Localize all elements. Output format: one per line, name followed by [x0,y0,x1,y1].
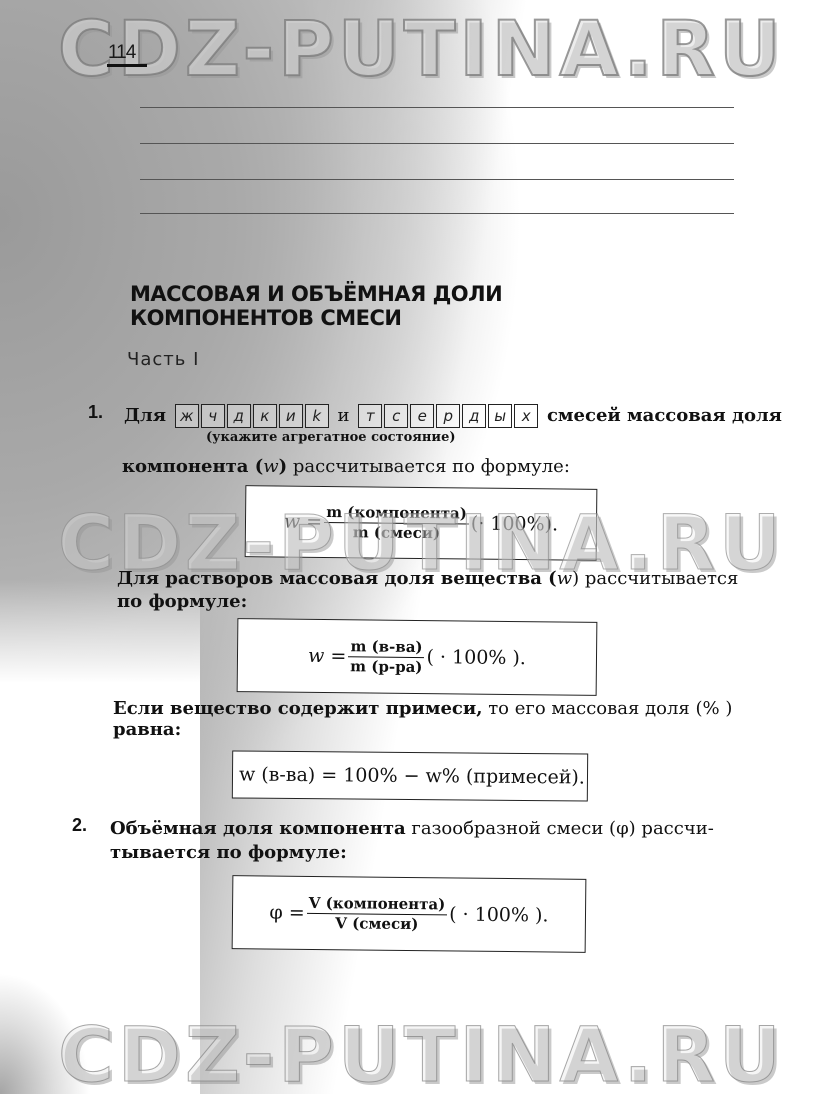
impurity-text-line1: Если вещество содержит примеси, то его м… [113,698,732,719]
formula-box-impurity: w (в-ва) = 100% − w% (примесей). [232,750,588,801]
scan-shading-corner [0,960,120,1094]
question-1-number: 1. [88,402,103,423]
answer-letter-cell[interactable]: д [227,404,251,428]
solutions-text-line1: Для растворов массовая доля вещества (w)… [117,568,738,589]
section-title-line1: МАССОВАЯ И ОБЪЁМНАЯ ДОЛИ [130,282,502,306]
question-2-line2: тывается по формуле: [110,842,347,863]
q1-hint: (укажите агрегатное состояние) [206,430,456,445]
answer-letter-cell[interactable]: и [279,404,303,428]
formula-box-volume: φ = V (компонента) V (смеси) ( · 100% ). [232,875,587,953]
answer-letter-cell[interactable]: д [462,404,486,428]
page-number-underline [107,64,147,67]
answer-line [140,107,734,108]
answer-letter-cell[interactable]: с [384,404,408,428]
question-2-line1: Объёмная доля компонента газообразной см… [110,818,714,839]
watermark-top: CDZ-PUTINA.RU [58,4,785,93]
answer-boxes-solid[interactable]: тсердых [358,404,538,428]
formula-fraction: m (в-ва) m (р-ра) [348,637,425,677]
formula-lhs: w = [284,511,322,533]
q1-conj: и [337,405,349,426]
formula-tail: (· 100%). [471,513,558,536]
q1-suffix: смесей массовая доля [547,405,782,426]
section-title-line2: КОМПОНЕНТОВ СМЕСИ [130,306,502,330]
answer-letter-cell[interactable]: ы [488,404,512,428]
question-1-line2: компонента (w) рассчитывается по формуле… [122,456,570,477]
question-2-number: 2. [72,815,87,836]
answer-line [140,179,734,180]
answer-line [140,213,734,214]
answer-letter-cell[interactable]: к [253,404,277,428]
section-title: МАССОВАЯ И ОБЪЁМНАЯ ДОЛИ КОМПОНЕНТОВ СМЕ… [130,282,502,330]
solutions-text-line2: по формуле: [117,591,247,612]
answer-letter-cell[interactable]: ж [175,404,199,428]
q1-prefix: Для [124,405,166,426]
answer-line [140,143,734,144]
formula-fraction: m (компонента) m (смеси) [324,502,469,543]
page-number: 114 [108,42,135,64]
formula-fraction: V (компонента) V (смеси) [307,893,448,933]
formula-box-solution: w = m (в-ва) m (р-ра) ( · 100% ). [237,618,598,696]
answer-letter-cell[interactable]: т [358,404,382,428]
answer-letter-cell[interactable]: е [410,404,434,428]
part-label: Часть I [127,349,199,370]
answer-boxes-liquid[interactable]: жчдкиk [175,404,329,428]
answer-letter-cell[interactable]: х [514,404,538,428]
question-1-line1: Для жчдкиk и тсердых смесей массовая дол… [124,404,782,428]
formula-box-mixture: w = m (компонента) m (смеси) (· 100%). [245,485,598,561]
impurity-text-line2: равна: [113,719,181,740]
answer-letter-cell[interactable]: ч [201,404,225,428]
answer-letter-cell[interactable]: р [436,404,460,428]
answer-letter-cell[interactable]: k [305,404,329,428]
